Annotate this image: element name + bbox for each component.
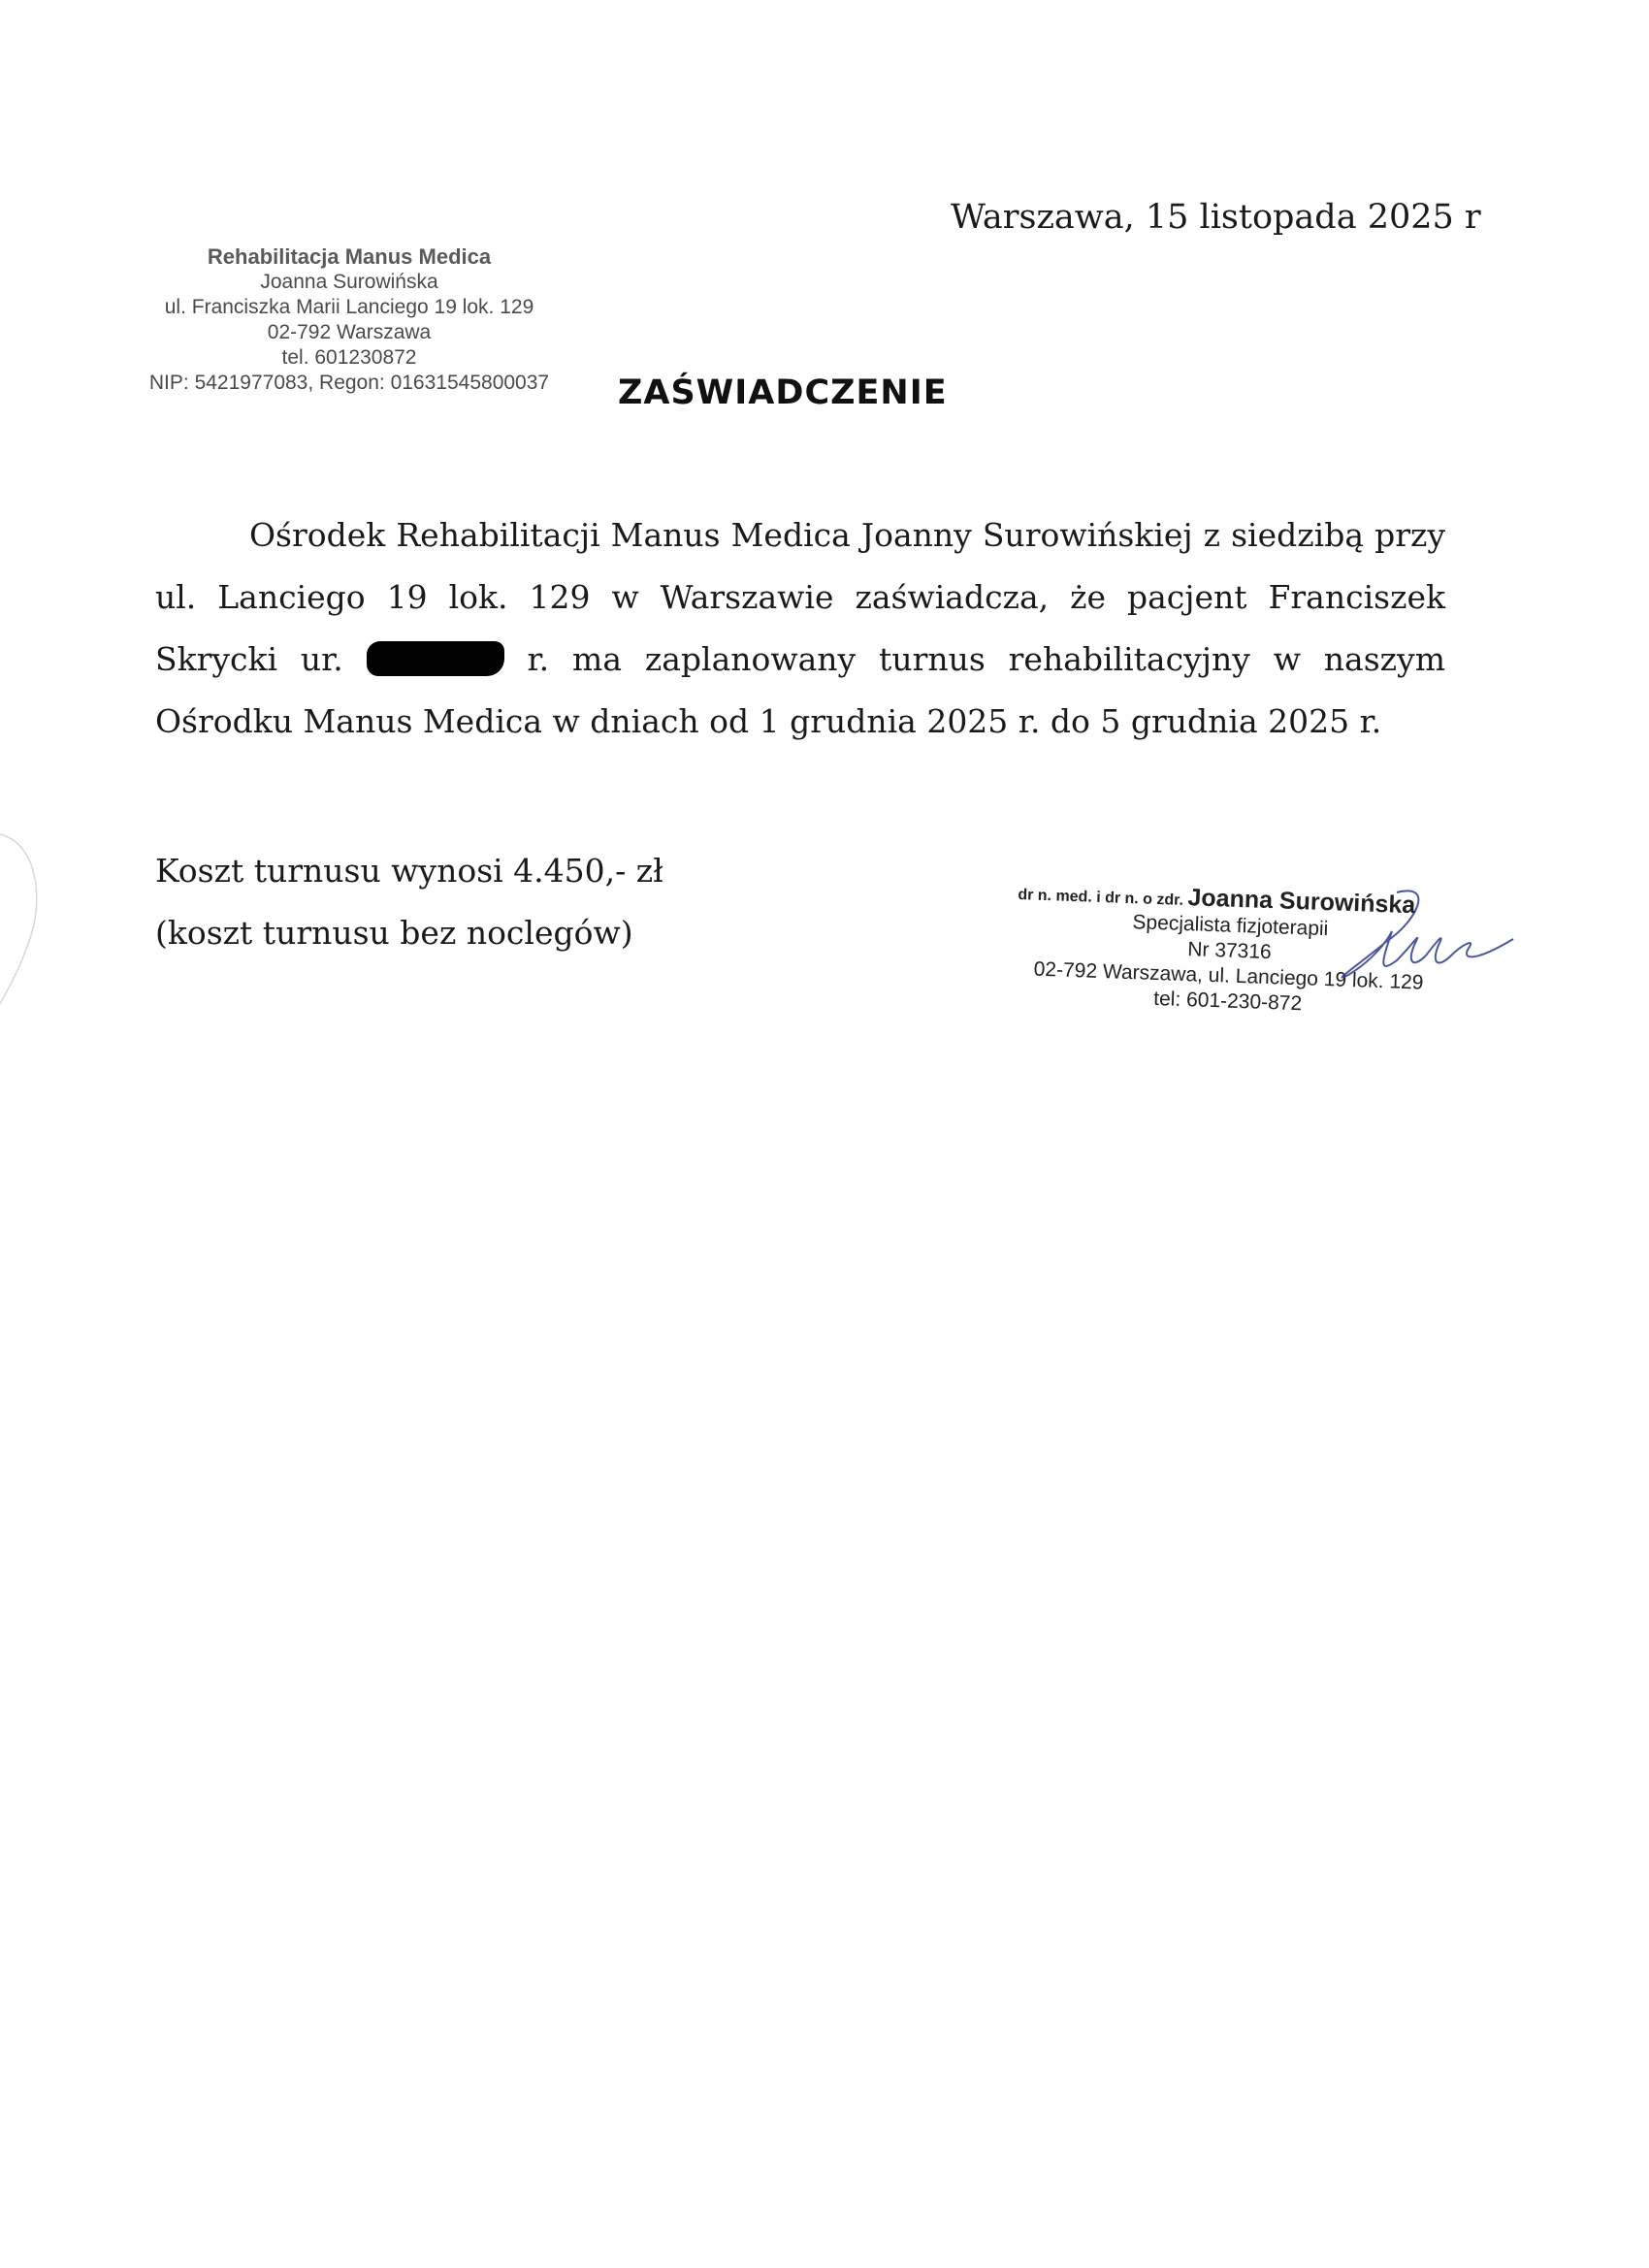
document-title: ZAŚWIADCZENIE <box>618 373 948 412</box>
stamp-phone: tel. 601230872 <box>136 345 563 371</box>
body-text-part2: r. ma zaplanowany turnus rehabilitacyjny… <box>155 640 1445 740</box>
sig-academic-title: dr n. med. i dr n. o zdr. <box>1018 887 1183 909</box>
redacted-birthdate <box>367 641 504 676</box>
stamp-registry: NIP: 5421977083, Regon: 01631545800037 <box>136 371 563 396</box>
stamp-company-name: Rehabilitacja Manus Medica <box>136 244 563 270</box>
date-line: Warszawa, 15 listopada 2025 r <box>951 198 1481 237</box>
stamp-owner: Joanna Surowińska <box>136 270 563 295</box>
company-stamp: Rehabilitacja Manus Medica Joanna Surowi… <box>136 244 563 396</box>
cost-amount: Koszt turnusu wynosi 4.450,- zł <box>155 840 663 902</box>
stamp-city: 02-792 Warszawa <box>136 320 563 345</box>
handwritten-signature-icon <box>1290 883 1523 1019</box>
cost-note: (koszt turnusu bez noclegów) <box>155 902 663 964</box>
cost-block: Koszt turnusu wynosi 4.450,- zł (koszt t… <box>155 840 663 964</box>
scan-edge-mark <box>0 825 58 1009</box>
certificate-body: Ośrodek Rehabilitacji Manus Medica Joann… <box>155 504 1445 753</box>
stamp-street: ul. Franciszka Marii Lanciego 19 lok. 12… <box>136 295 563 320</box>
